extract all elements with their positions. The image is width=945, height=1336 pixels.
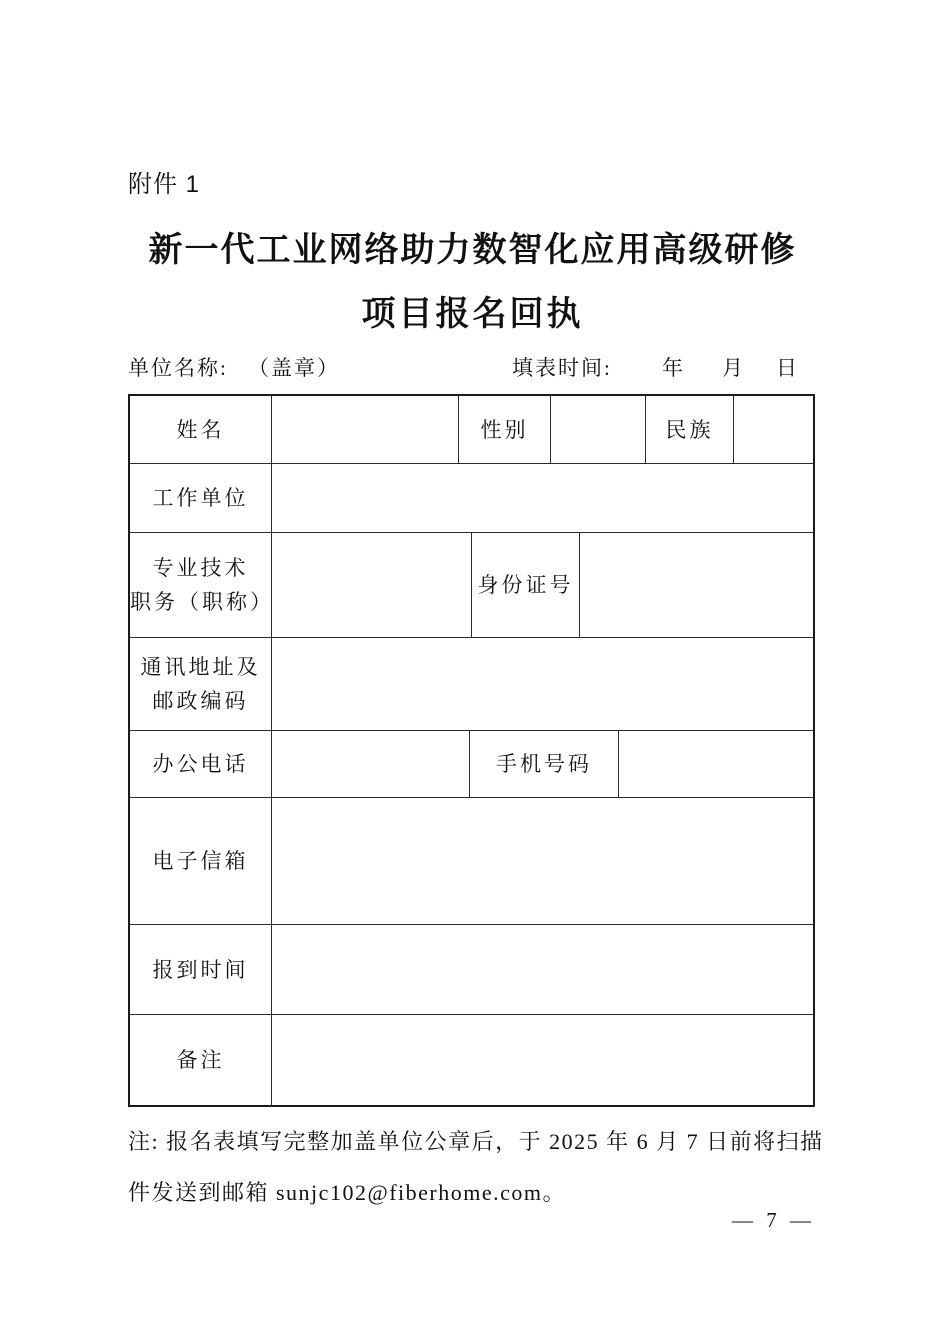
- ethnicity-value-cell: [734, 396, 813, 463]
- page-number: — 7 —: [732, 1208, 815, 1233]
- name-value-cell: [272, 396, 459, 463]
- document-title-line2: 项目报名回执: [0, 286, 945, 335]
- prof-title-label-line2: 职务（职称）: [130, 585, 271, 619]
- gender-label: 性别: [459, 396, 551, 463]
- footnote: 注: 报名表填写完整加盖单位公章后，于 2025 年 6 月 7 日前将扫描 件…: [128, 1116, 828, 1218]
- address-label-line1: 通讯地址及: [141, 650, 261, 684]
- remarks-value-cell: [272, 1015, 813, 1105]
- mobile-phone-label: 手机号码: [470, 731, 619, 797]
- attachment-label: 附件 1: [128, 164, 200, 199]
- year-label: 年: [662, 352, 685, 382]
- remarks-label: 备注: [130, 1015, 272, 1105]
- report-time-value-cell: [272, 925, 813, 1014]
- prof-title-label: 专业技术 职务（职称）: [130, 533, 272, 637]
- table-row-name-gender-ethnicity: 姓名 性别 民族: [130, 396, 813, 464]
- table-row-prof-title-id: 专业技术 职务（职称） 身份证号: [130, 533, 813, 638]
- work-unit-value-cell: [272, 464, 813, 532]
- table-row-email: 电子信箱: [130, 798, 813, 925]
- address-label-line2: 邮政编码: [153, 684, 249, 718]
- document-title-line1: 新一代工业网络助力数智化应用高级研修: [0, 222, 945, 271]
- office-phone-label: 办公电话: [130, 731, 272, 797]
- name-label: 姓名: [130, 396, 272, 463]
- prof-title-label-line1: 专业技术: [153, 551, 249, 585]
- table-row-address: 通讯地址及 邮政编码: [130, 638, 813, 731]
- table-row-phones: 办公电话 手机号码: [130, 731, 813, 798]
- prof-title-value-cell: [272, 533, 472, 637]
- month-label: 月: [722, 352, 745, 382]
- unit-name-label: 单位名称:: [128, 352, 228, 382]
- office-phone-value-cell: [272, 731, 470, 797]
- document-page: 附件 1 新一代工业网络助力数智化应用高级研修 项目报名回执 单位名称: （盖章…: [0, 0, 945, 1336]
- address-label: 通讯地址及 邮政编码: [130, 638, 272, 730]
- report-time-label: 报到时间: [130, 925, 272, 1014]
- table-row-report-time: 报到时间: [130, 925, 813, 1015]
- fill-date-label: 填表时间:: [512, 352, 612, 382]
- address-value-cell: [272, 638, 813, 730]
- table-row-remarks: 备注: [130, 1015, 813, 1105]
- footnote-line1: 注: 报名表填写完整加盖单位公章后，于 2025 年 6 月 7 日前将扫描: [128, 1116, 828, 1167]
- day-label: 日: [776, 352, 799, 382]
- mobile-phone-value-cell: [619, 731, 813, 797]
- footnote-line2: 件发送到邮箱 sunjc102@fiberhome.com。: [128, 1167, 828, 1218]
- id-number-value-cell: [580, 533, 813, 637]
- registration-form-table: 姓名 性别 民族 工作单位 专业技术 职务（职称） 身份证号 通讯地址及 邮政编…: [128, 394, 815, 1107]
- id-number-label: 身份证号: [472, 533, 580, 637]
- work-unit-label: 工作单位: [130, 464, 272, 532]
- unit-name-seal-hint: （盖章）: [248, 352, 340, 382]
- gender-value-cell: [551, 396, 646, 463]
- email-label: 电子信箱: [130, 798, 272, 924]
- table-row-work-unit: 工作单位: [130, 464, 813, 533]
- form-meta-row: 单位名称: （盖章） 填表时间: 年 月 日: [128, 352, 815, 382]
- ethnicity-label: 民族: [646, 396, 734, 463]
- email-value-cell: [272, 798, 813, 924]
